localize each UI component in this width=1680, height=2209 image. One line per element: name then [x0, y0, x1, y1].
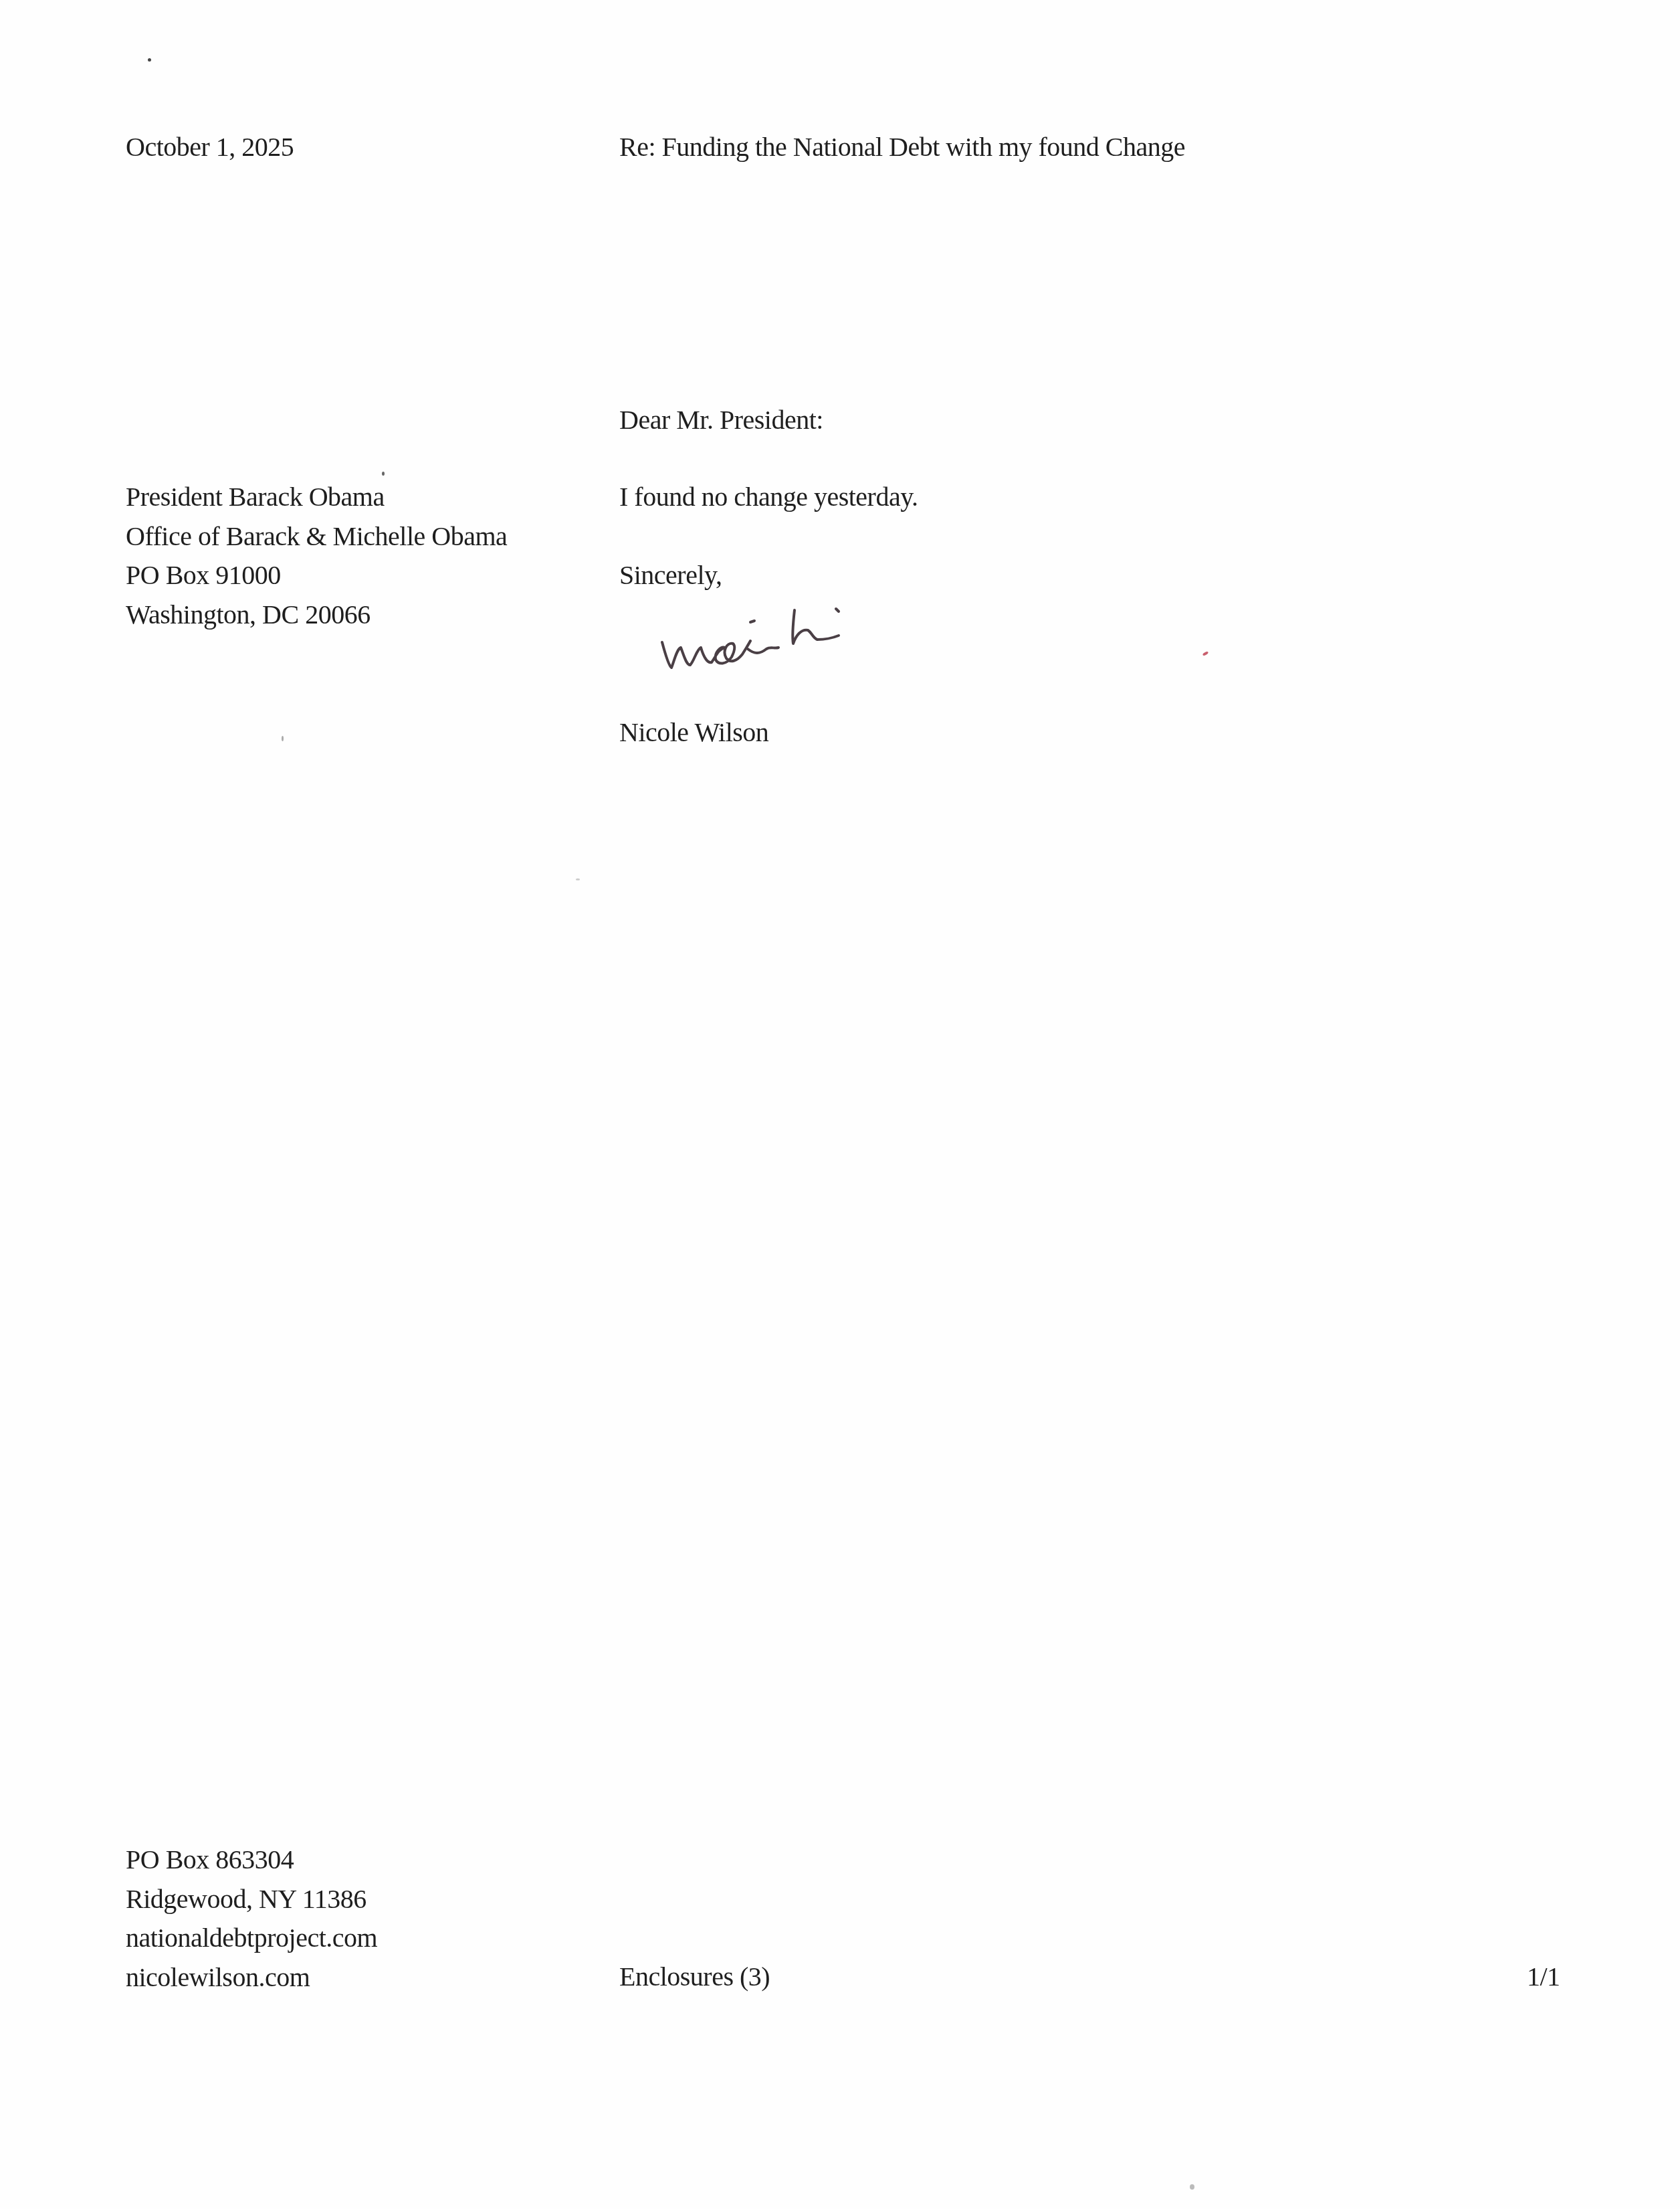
letter-page: October 1, 2025 Re: Funding the National…: [0, 0, 1680, 2209]
sender-website-link: nationaldebtproject.com: [126, 1919, 377, 1958]
salutation: Dear Mr. President:: [619, 401, 823, 440]
recipient-line: PO Box 91000: [126, 556, 507, 595]
recipient-line: Washington, DC 20066: [126, 595, 507, 635]
scan-speck: [148, 58, 151, 62]
letter-date: October 1, 2025: [126, 128, 294, 167]
page-number: 1/1: [1527, 1957, 1560, 1996]
scan-speck: [1190, 2184, 1194, 2190]
sender-website-link: nicolewilson.com: [126, 1958, 377, 1998]
scan-speck: [1202, 651, 1209, 656]
sender-line: Ridgewood, NY 11386: [126, 1880, 377, 1919]
scan-speck: [282, 736, 284, 741]
sender-line: PO Box 863304: [126, 1840, 377, 1880]
recipient-line: Office of Barack & Michelle Obama: [126, 517, 507, 557]
scan-speck: [576, 878, 580, 880]
scan-speck: [382, 472, 385, 476]
signature-name: Nicole Wilson: [619, 713, 768, 752]
handwritten-signature-icon: [642, 582, 950, 682]
sender-footer: PO Box 863304 Ridgewood, NY 11386 nation…: [126, 1840, 377, 1997]
letter-body: I found no change yesterday.: [619, 478, 918, 516]
enclosures-note: Enclosures (3): [619, 1957, 770, 1996]
letter-subject: Re: Funding the National Debt with my fo…: [619, 128, 1185, 167]
recipient-address: President Barack Obama Office of Barack …: [126, 478, 507, 634]
recipient-line: President Barack Obama: [126, 478, 507, 517]
